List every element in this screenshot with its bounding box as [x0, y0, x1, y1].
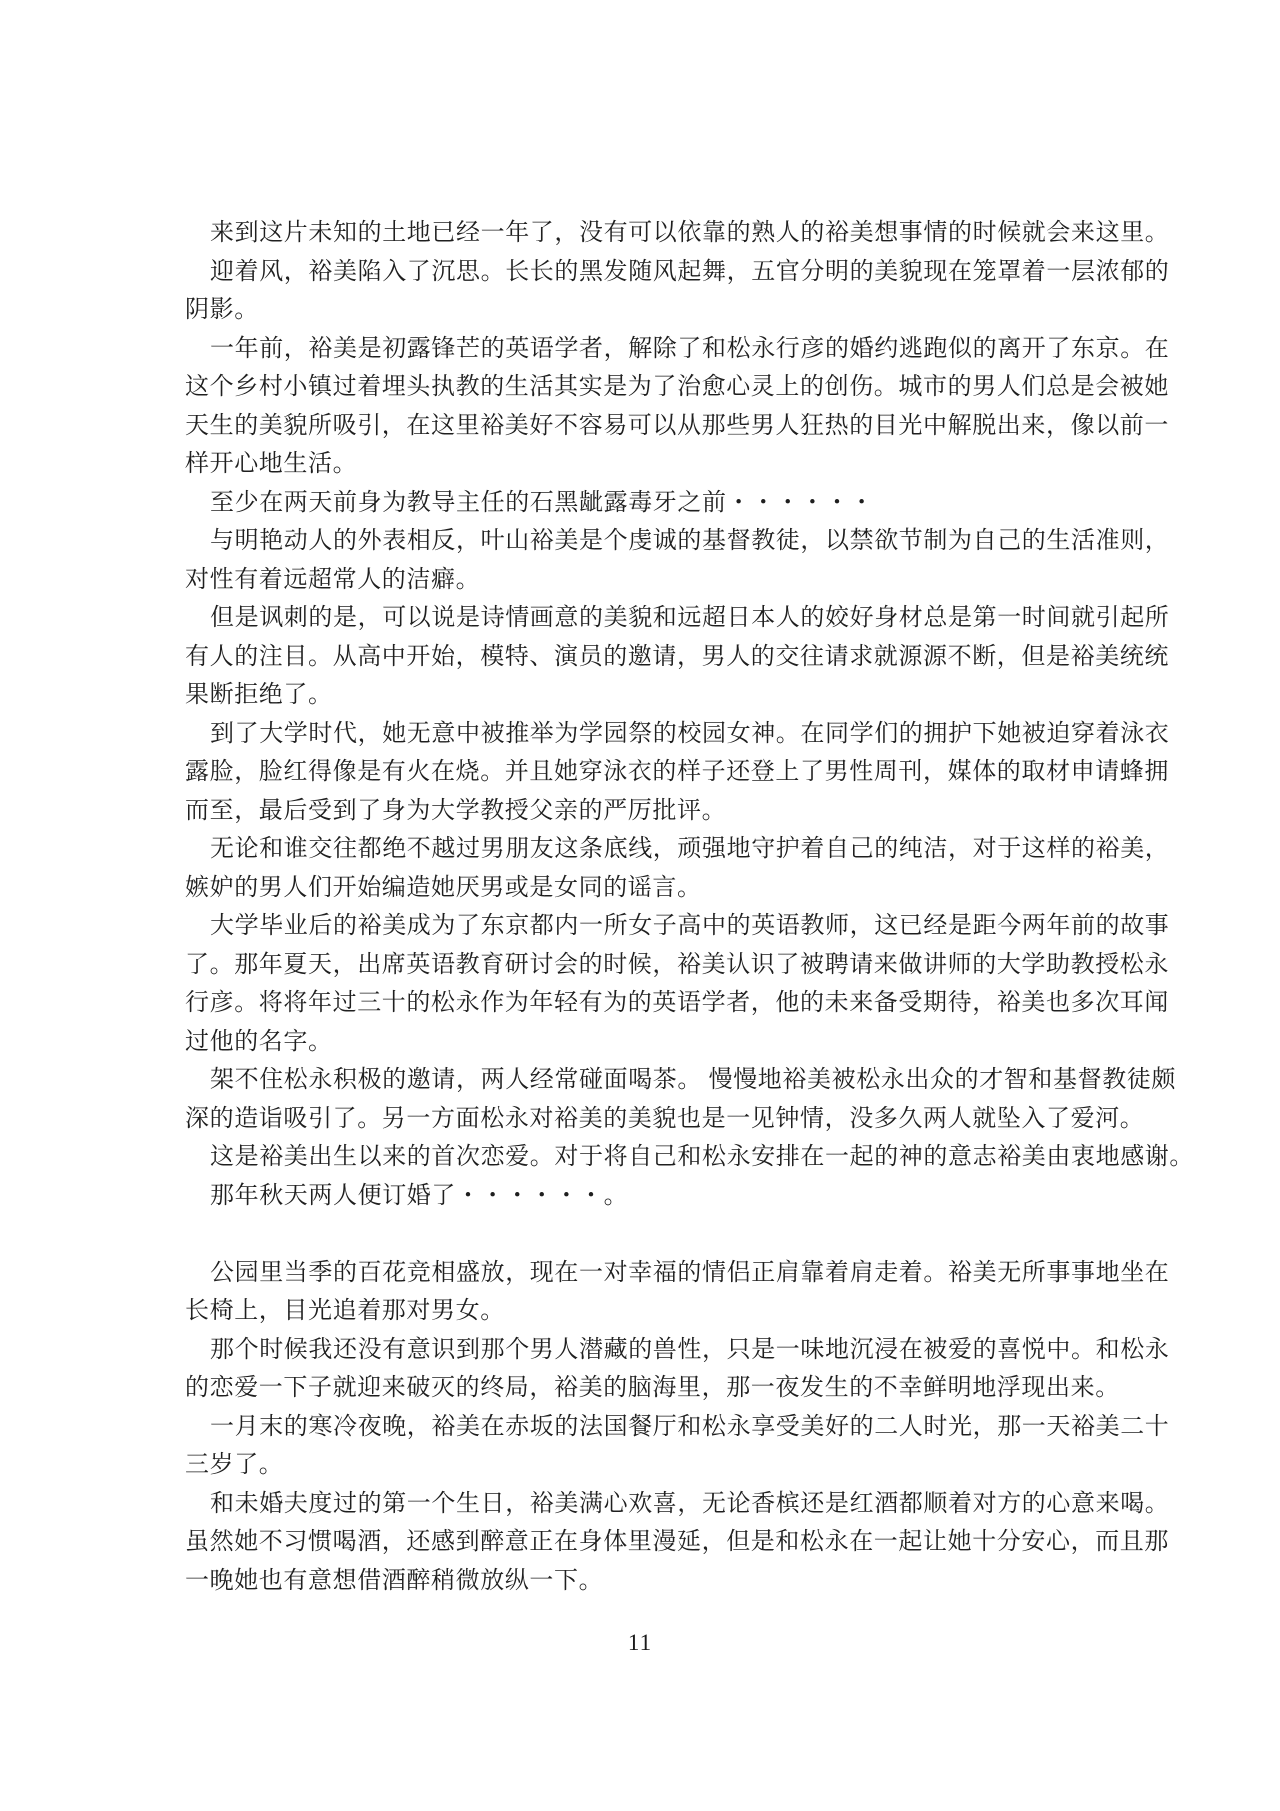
- text-line: 一年前，裕美是初露锋芒的英语学者，解除了和松永行彦的婚约逃跑似的离开了东京。在: [185, 330, 1160, 369]
- text-line: 长椅上，目光追着那对男女。: [185, 1292, 1160, 1331]
- text-line: 虽然她不习惯喝酒，还感到醉意正在身体里漫延，但是和松永在一起让她十分安心，而且那: [185, 1523, 1160, 1562]
- text-line: 到了大学时代，她无意中被推举为学园祭的校园女神。在同学们的拥护下她被迫穿着泳衣: [185, 715, 1160, 754]
- text-line: 而至，最后受到了身为大学教授父亲的严厉批评。: [185, 792, 1160, 831]
- text-line: 这个乡村小镇过着埋头执教的生活其实是为了治愈心灵上的创伤。城市的男人们总是会被她: [185, 368, 1160, 407]
- text-line: 这是裕美出生以来的首次恋爱。对于将自己和松永安排在一起的神的意志裕美由衷地感谢。: [185, 1138, 1160, 1177]
- text-line: 公园里当季的百花竞相盛放，现在一对幸福的情侣正肩靠着肩走着。裕美无所事事地坐在: [185, 1254, 1160, 1293]
- text-line: 与明艳动人的外表相反，叶山裕美是个虔诚的基督教徒，以禁欲节制为自己的生活准则，: [185, 522, 1160, 561]
- text-line: 对性有着远超常人的洁癖。: [185, 561, 1160, 600]
- text-line: 无论和谁交往都绝不越过男朋友这条底线，顽强地守护着自己的纯洁，对于这样的裕美，: [185, 830, 1160, 869]
- text-line: 来到这片未知的土地已经一年了，没有可以依靠的熟人的裕美想事情的时候就会来这里。: [185, 214, 1160, 253]
- text-line: 三岁了。: [185, 1446, 1160, 1485]
- text-line: 那个时候我还没有意识到那个男人潜藏的兽性，只是一味地沉浸在被爱的喜悦中。和松永: [185, 1331, 1160, 1370]
- document-page: 来到这片未知的土地已经一年了，没有可以依靠的熟人的裕美想事情的时候就会来这里。迎…: [0, 0, 1280, 1811]
- text-line: 架不住松永积极的邀请，两人经常碰面喝茶。 慢慢地裕美被松永出众的才智和基督教徒颇: [185, 1061, 1160, 1100]
- text-line: 过他的名字。: [185, 1023, 1160, 1062]
- text-line: 深的造诣吸引了。另一方面松永对裕美的美貌也是一见钟情，没多久两人就坠入了爱河。: [185, 1100, 1160, 1139]
- text-line: 嫉妒的男人们开始编造她厌男或是女同的谣言。: [185, 869, 1160, 908]
- text-line: 一晚她也有意想借酒醉稍微放纵一下。: [185, 1562, 1160, 1601]
- text-line: 露脸，脸红得像是有火在烧。并且她穿泳衣的样子还登上了男性周刊，媒体的取材申请蜂拥: [185, 753, 1160, 792]
- text-line: 大学毕业后的裕美成为了东京都内一所女子高中的英语教师，这已经是距今两年前的故事: [185, 907, 1160, 946]
- text-line: 行彦。将将年过三十的松永作为年轻有为的英语学者，他的未来备受期待，裕美也多次耳闻: [185, 984, 1160, 1023]
- text-line: 阴影。: [185, 291, 1160, 330]
- text-line: 那年秋天两人便订婚了・・・・・・。: [185, 1177, 1160, 1216]
- text-line: 的恋爱一下子就迎来破灭的终局，裕美的脑海里，那一夜发生的不幸鲜明地浮现出来。: [185, 1369, 1160, 1408]
- text-line: 至少在两天前身为教导主任的石黑龇露毒牙之前・・・・・・: [185, 484, 1160, 523]
- text-line: 和未婚夫度过的第一个生日，裕美满心欢喜，无论香槟还是红酒都顺着对方的心意来喝。: [185, 1485, 1160, 1524]
- text-line: 了。那年夏天，出席英语教育研讨会的时候，裕美认识了被聘请来做讲师的大学助教授松永: [185, 946, 1160, 985]
- blank-line: [185, 1215, 1160, 1254]
- text-line: 迎着风，裕美陷入了沉思。长长的黑发随风起舞，五官分明的美貌现在笼罩着一层浓郁的: [185, 253, 1160, 292]
- text-line: 果断拒绝了。: [185, 676, 1160, 715]
- text-line: 样开心地生活。: [185, 445, 1160, 484]
- text-line: 但是讽刺的是，可以说是诗情画意的美貌和远超日本人的姣好身材总是第一时间就引起所: [185, 599, 1160, 638]
- text-lines: 来到这片未知的土地已经一年了，没有可以依靠的熟人的裕美想事情的时候就会来这里。迎…: [185, 214, 1160, 1600]
- page-number: 11: [0, 1630, 1280, 1656]
- text-line: 一月末的寒冷夜晚，裕美在赤坂的法国餐厅和松永享受美好的二人时光，那一天裕美二十: [185, 1408, 1160, 1447]
- text-line: 天生的美貌所吸引，在这里裕美好不容易可以从那些男人狂热的目光中解脱出来，像以前一: [185, 407, 1160, 446]
- text-line: 有人的注目。从高中开始，模特、演员的邀请，男人的交往请求就源源不断，但是裕美统统: [185, 638, 1160, 677]
